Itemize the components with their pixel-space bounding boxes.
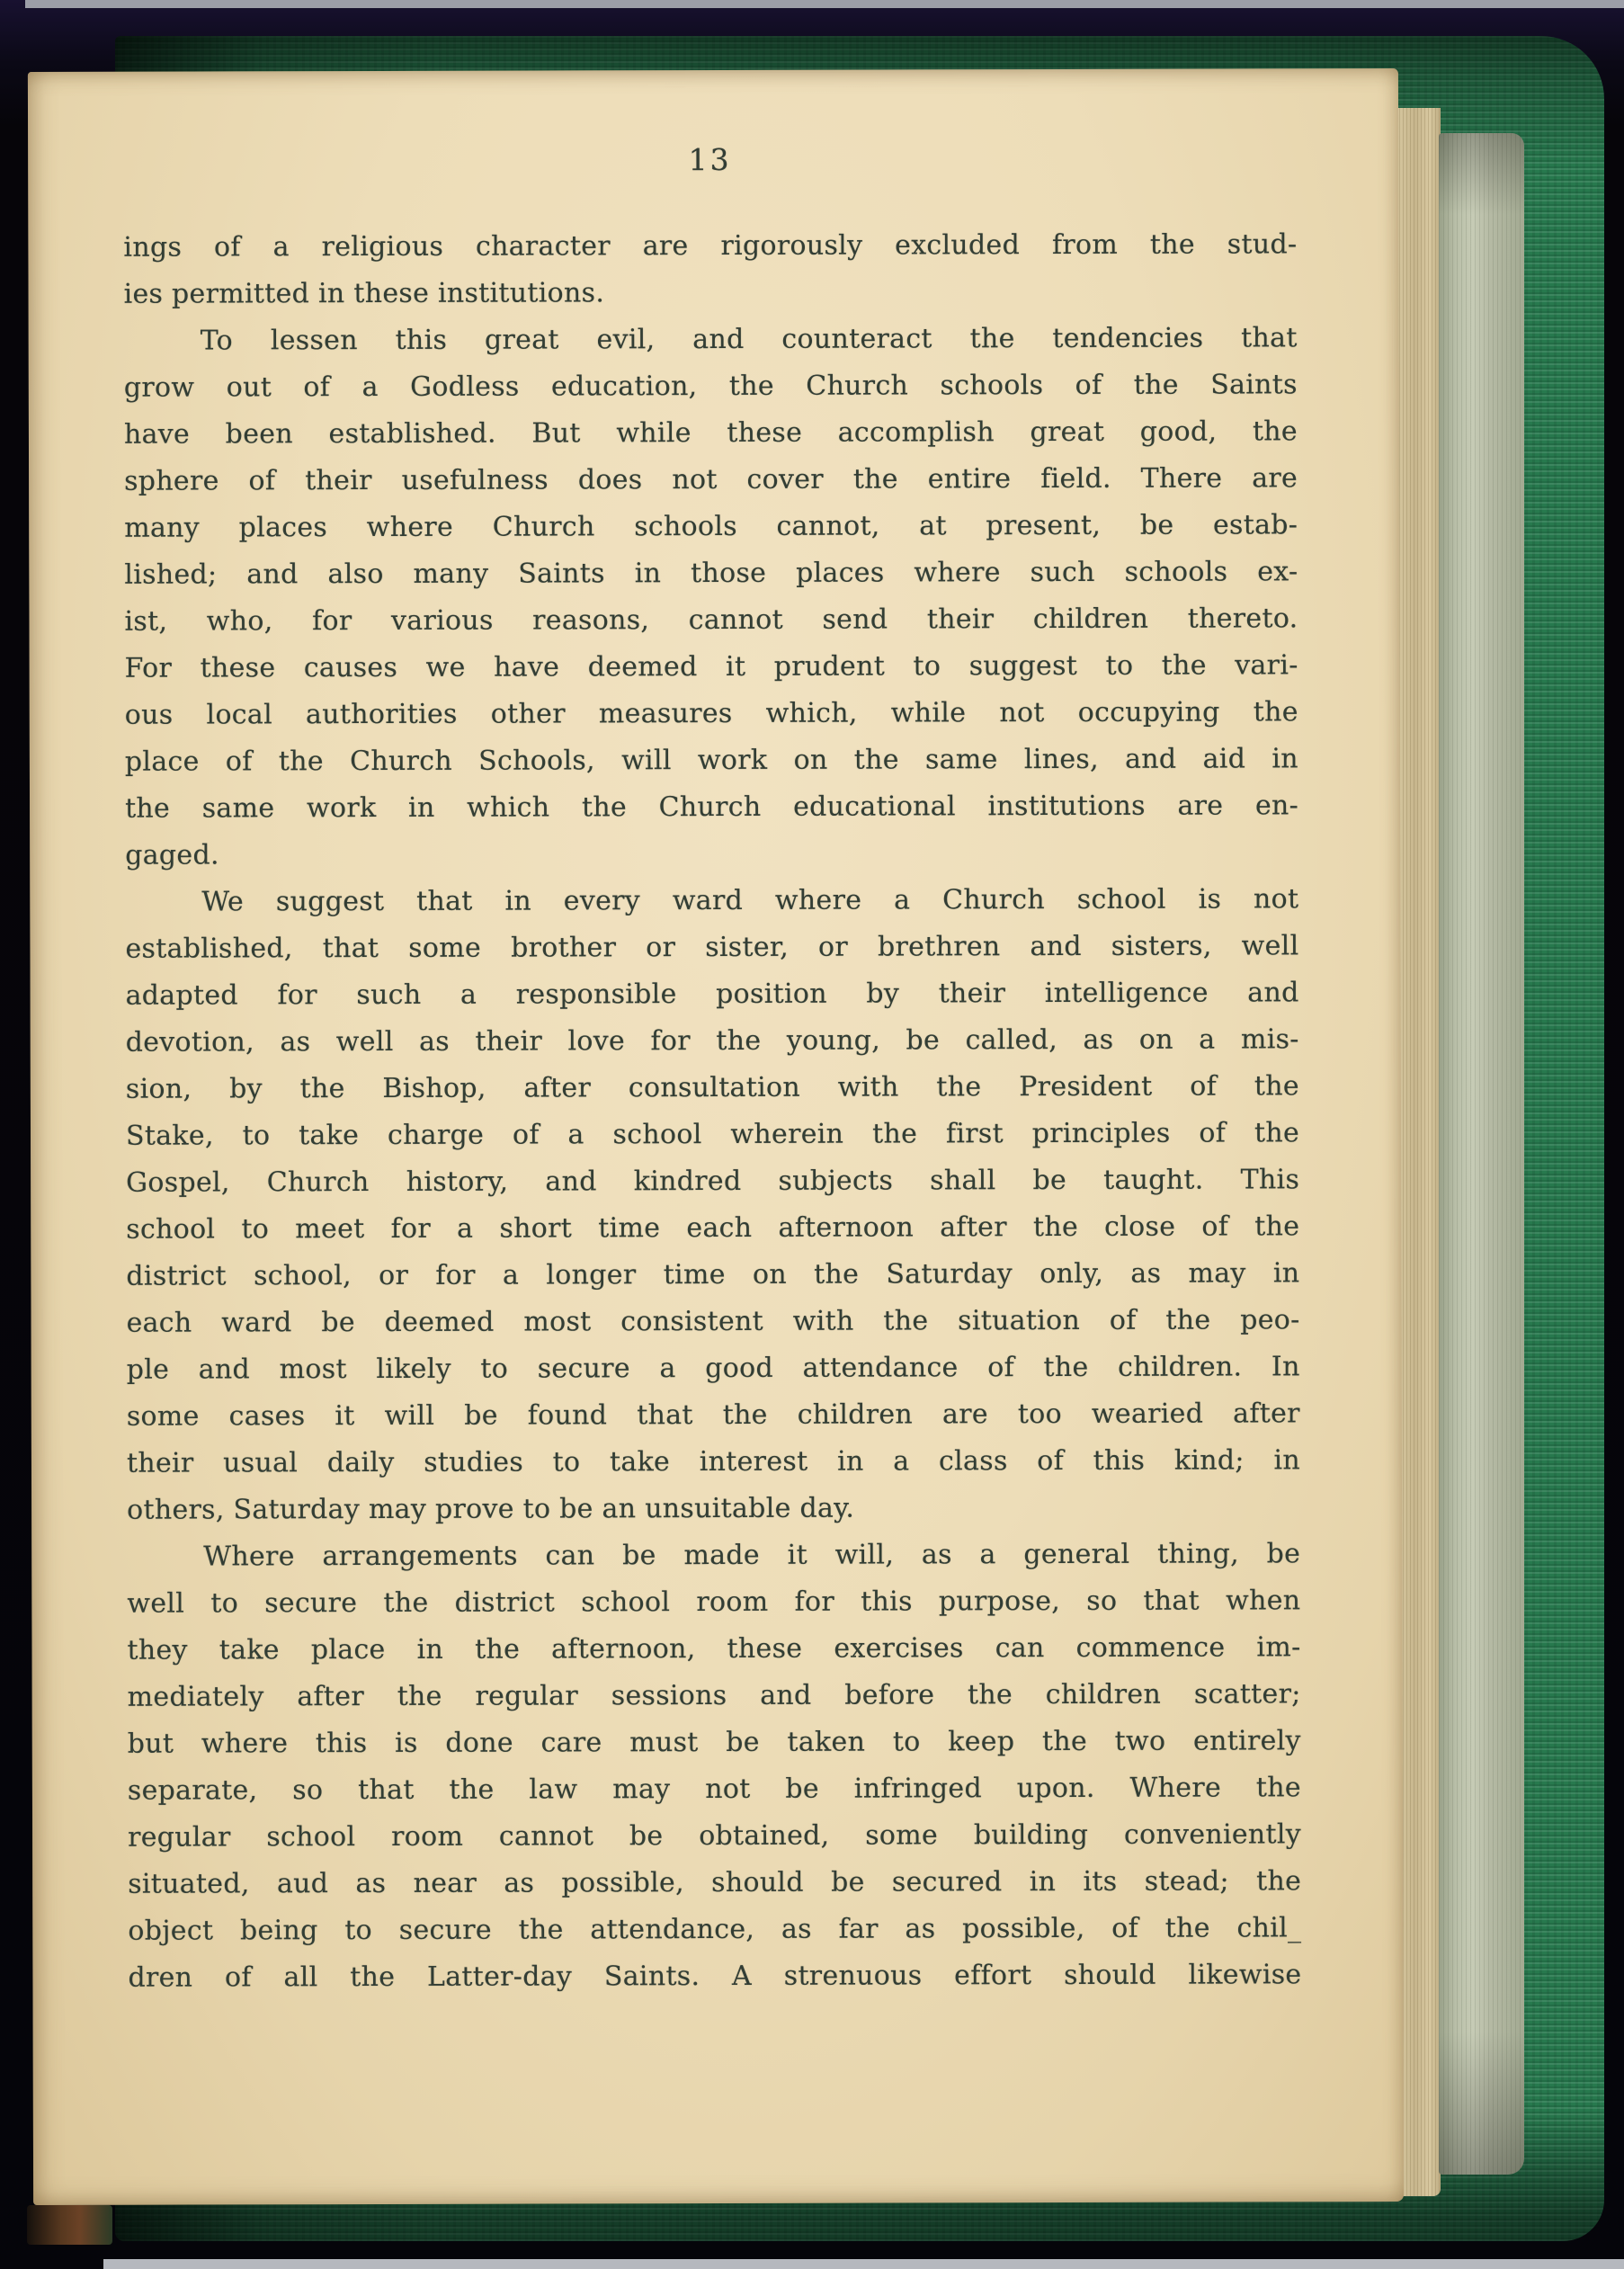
text-line: object being to secure the attendance, a… bbox=[128, 1905, 1301, 1954]
text-line: Where arrangements can be made it will, … bbox=[127, 1531, 1300, 1580]
text-line: lished; and also many Saints in those pl… bbox=[124, 549, 1298, 598]
page-surface: 13 ings of a religious character are rig… bbox=[28, 68, 1404, 2205]
text-line: Stake, to take charge of a school wherei… bbox=[126, 1110, 1299, 1159]
text-line: situated, aud as near as possible, shoul… bbox=[128, 1858, 1301, 1907]
photo-background: 13 ings of a religious character are rig… bbox=[0, 0, 1624, 2269]
text-line: ings of a religious character are rigoro… bbox=[123, 221, 1297, 271]
text-line: dren of all the Latter-day Saints. A str… bbox=[128, 1952, 1301, 2001]
photo-bottom-edge bbox=[103, 2259, 1624, 2269]
text-line: have been established. But while these a… bbox=[124, 408, 1298, 458]
text-line: some cases it will be found that the chi… bbox=[127, 1390, 1300, 1440]
text-line: but where this is done care must be take… bbox=[128, 1718, 1301, 1767]
text-line: gaged. bbox=[125, 829, 1298, 879]
text-line: well to secure the district school room … bbox=[127, 1577, 1300, 1627]
photo-top-edge bbox=[25, 0, 1624, 8]
text-line: ies permitted in these institutions. bbox=[123, 268, 1297, 317]
text-line: sphere of their usefulness does not cove… bbox=[124, 455, 1298, 505]
text-line: ous local authorities other measures whi… bbox=[125, 689, 1298, 738]
text-line: To lessen this great evil, and counterac… bbox=[124, 315, 1298, 364]
text-line: school to meet for a short time each aft… bbox=[126, 1203, 1299, 1253]
text-line: the same work in which the Church educat… bbox=[125, 782, 1298, 832]
text-line: mediately after the regular sessions and… bbox=[128, 1671, 1301, 1720]
page-number: 13 bbox=[123, 140, 1297, 178]
text-line: place of the Church Schools, will work o… bbox=[125, 736, 1298, 785]
text-line: ist, who, for various reasons, cannot se… bbox=[124, 595, 1298, 645]
text-line: their usual daily studies to take intere… bbox=[127, 1437, 1300, 1487]
page-edges-sage bbox=[1439, 133, 1524, 2175]
text-line: devotion, as well as their love for the … bbox=[126, 1016, 1299, 1066]
text-line: adapted for such a responsible position … bbox=[126, 969, 1299, 1019]
body-text: ings of a religious character are rigoro… bbox=[123, 221, 1301, 2001]
text-line: many places where Church schools cannot,… bbox=[124, 502, 1298, 551]
text-line: For these causes we have deemed it prude… bbox=[125, 642, 1298, 692]
text-line: ple and most likely to secure a good att… bbox=[127, 1344, 1300, 1393]
text-line: they take place in the afternoon, these … bbox=[127, 1624, 1300, 1674]
text-line: sion, by the Bishop, after consultation … bbox=[126, 1063, 1299, 1112]
text-line: separate, so that the law may not be inf… bbox=[128, 1764, 1301, 1814]
text-line: district school, or for a longer time on… bbox=[126, 1250, 1299, 1300]
text-line: established, that some brother or sister… bbox=[125, 923, 1298, 972]
text-line: We suggest that in every ward where a Ch… bbox=[125, 876, 1298, 925]
text-line: others, Saturday may prove to be an unsu… bbox=[127, 1484, 1300, 1533]
worn-cover-corner bbox=[27, 2205, 112, 2245]
text-line: grow out of a Godless education, the Chu… bbox=[124, 362, 1298, 411]
text-line: Gospel, Church history, and kindred subj… bbox=[126, 1157, 1299, 1206]
text-line: regular school room cannot be obtained, … bbox=[128, 1811, 1301, 1861]
text-line: each ward be deemed most consistent with… bbox=[126, 1297, 1299, 1346]
